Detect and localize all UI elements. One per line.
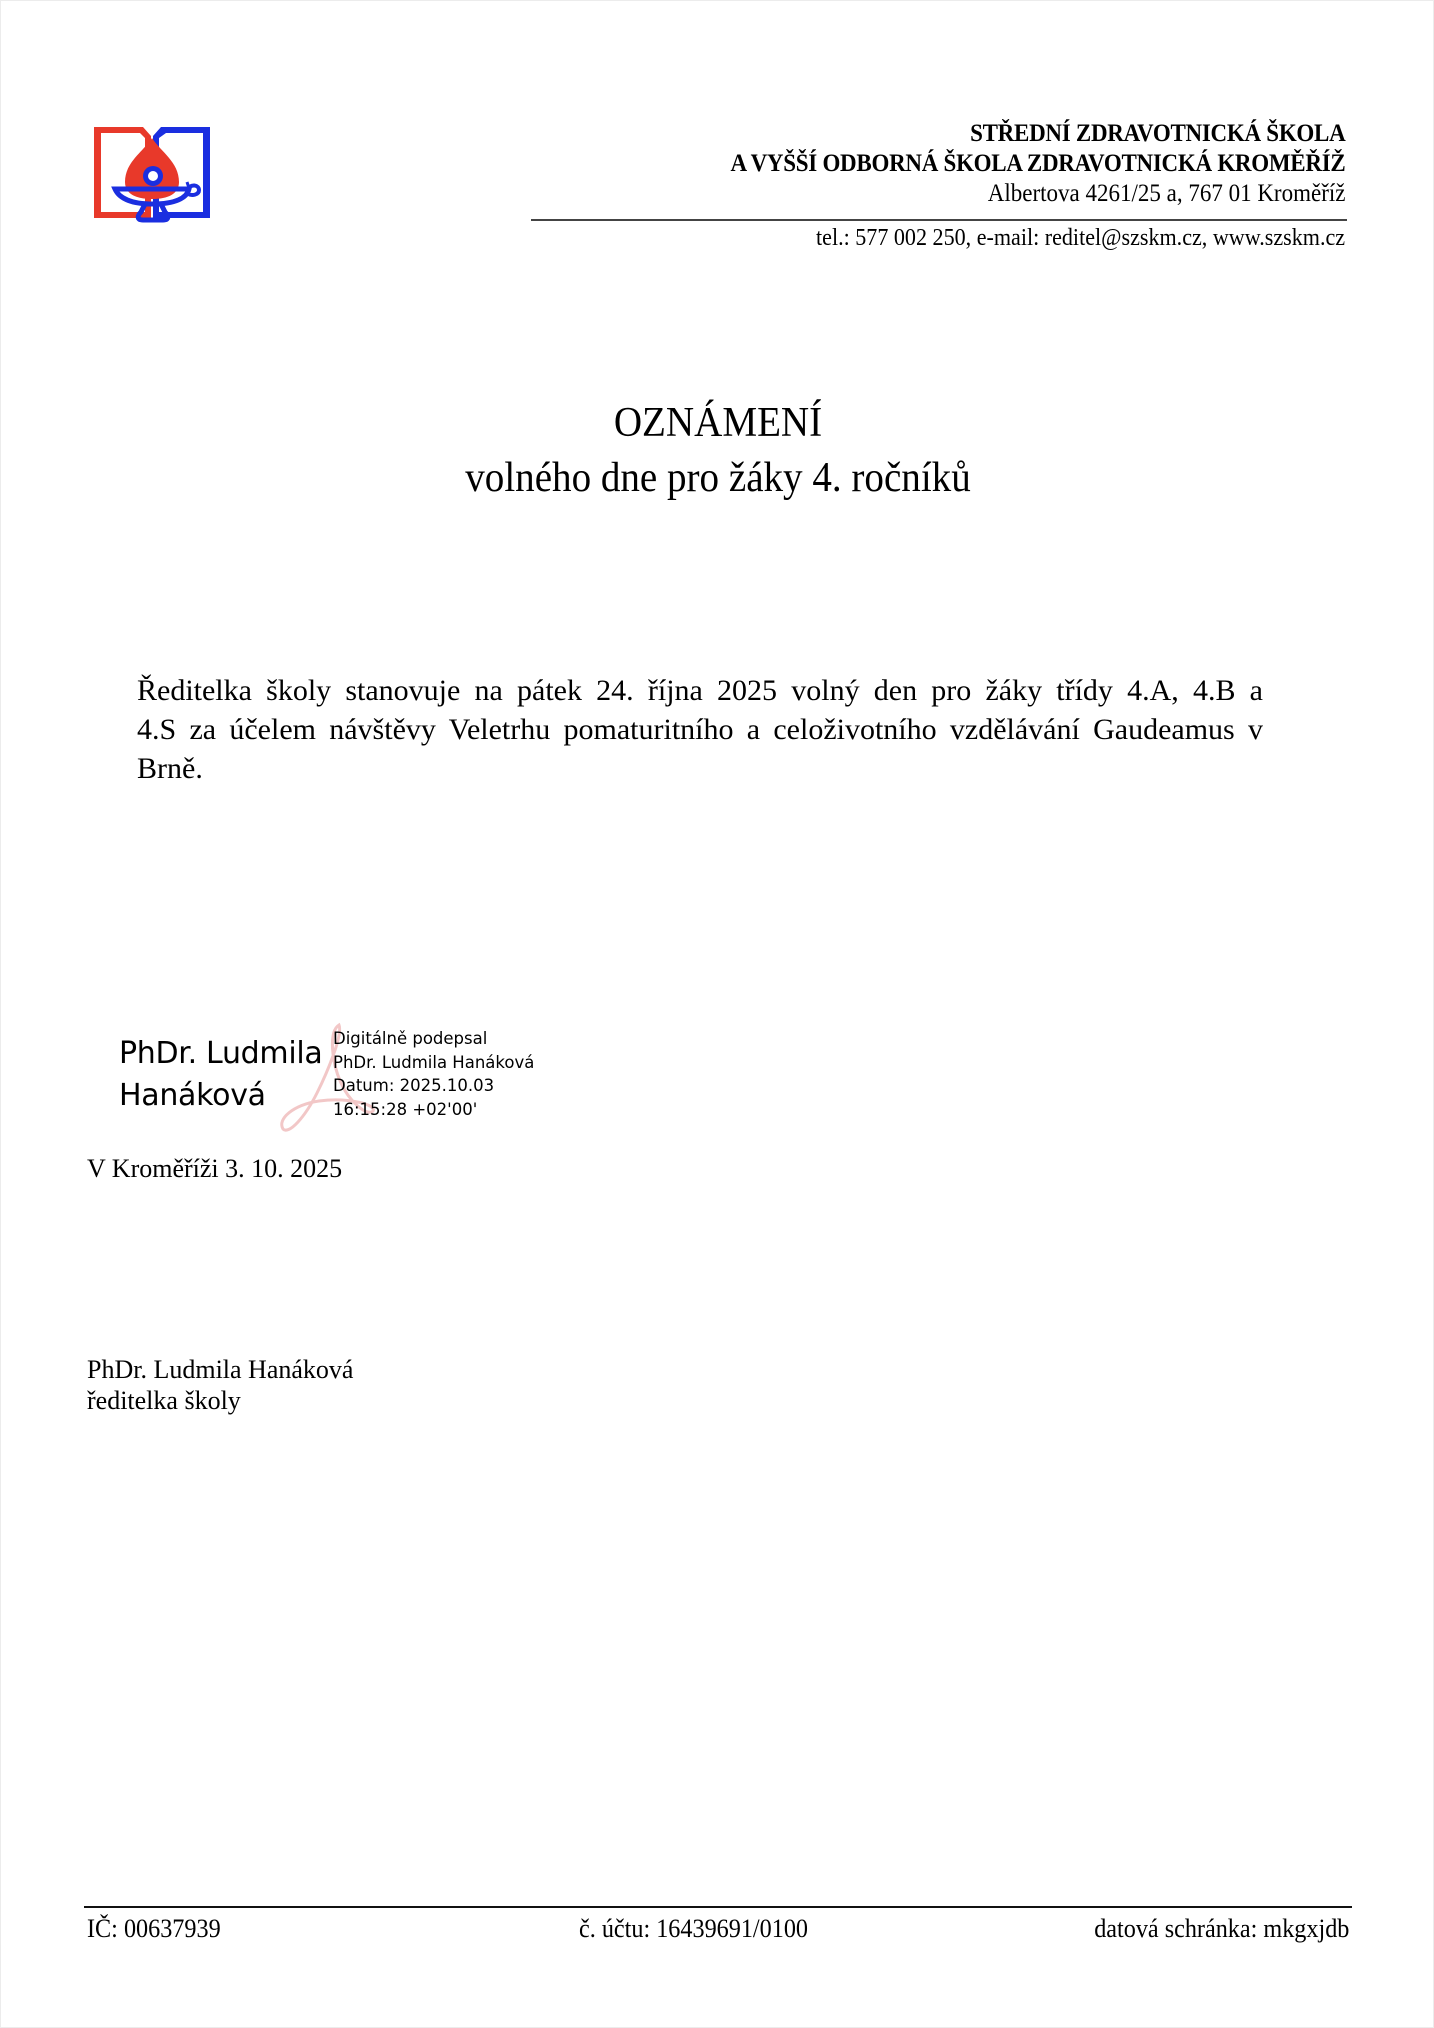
signature-details: Digitálně podepsal PhDr. Ludmila Hanákov…: [333, 1027, 534, 1121]
school-name-line1: STŘEDNÍ ZDRAVOTNICKÁ ŠKOLA: [730, 119, 1345, 149]
signature-detail-time: 16:15:28 +02'00': [333, 1098, 534, 1122]
footer-divider: [84, 1906, 1352, 1908]
school-contact: tel.: 577 002 250, e-mail: reditel@szskm…: [816, 223, 1345, 253]
document-title: OZNÁMENÍ volného dne pro žáky 4. ročníků: [1, 396, 1434, 506]
signer-block: PhDr. Ludmila Hanáková ředitelka školy: [87, 1354, 353, 1416]
footer-ic-text: IČ: 00637939: [87, 1912, 221, 1946]
signer-name: PhDr. Ludmila Hanáková: [87, 1354, 353, 1385]
digital-signature[interactable]: PhDr. Ludmila Hanáková Digitálně podepsa…: [119, 1021, 579, 1141]
footer-data-box-text: datová schránka: mkgxjdb: [1094, 1912, 1349, 1946]
footer-account: č. účtu: 16439691/0100: [579, 1912, 825, 1946]
school-header: STŘEDNÍ ZDRAVOTNICKÁ ŠKOLA A VYŠŠÍ ODBOR…: [677, 119, 1345, 209]
place-and-date: V Kroměříži 3. 10. 2025: [87, 1154, 342, 1184]
title-subheading: volného dne pro žáky 4. ročníků: [51, 451, 1385, 506]
footer-account-text: č. účtu: 16439691/0100: [579, 1912, 808, 1946]
footer-data-box: datová schránka: mkgxjdb: [1075, 1912, 1349, 1946]
school-logo-book-lamp-icon: [91, 124, 213, 224]
footer-ic: IČ: 00637939: [87, 1912, 231, 1946]
header-divider: [531, 219, 1347, 221]
announcement-paragraph: Ředitelka školy stanovuje na pátek 24. ř…: [137, 671, 1263, 788]
signature-name-line1: PhDr. Ludmila: [119, 1033, 322, 1075]
signature-name: PhDr. Ludmila Hanáková: [119, 1033, 322, 1117]
signer-role: ředitelka školy: [87, 1385, 353, 1416]
signature-detail-signed-by: Digitálně podepsal: [333, 1027, 534, 1051]
title-heading: OZNÁMENÍ: [51, 396, 1385, 451]
document-page: STŘEDNÍ ZDRAVOTNICKÁ ŠKOLA A VYŠŠÍ ODBOR…: [0, 0, 1434, 2028]
signature-detail-date: Datum: 2025.10.03: [333, 1074, 534, 1098]
signature-detail-signer: PhDr. Ludmila Hanáková: [333, 1051, 534, 1075]
signature-name-line2: Hanáková: [119, 1075, 322, 1117]
school-name-line2: A VYŠŠÍ ODBORNÁ ŠKOLA ZDRAVOTNICKÁ KROMĚ…: [730, 149, 1345, 179]
school-address: Albertova 4261/25 a, 767 01 Kroměříž: [730, 179, 1345, 209]
